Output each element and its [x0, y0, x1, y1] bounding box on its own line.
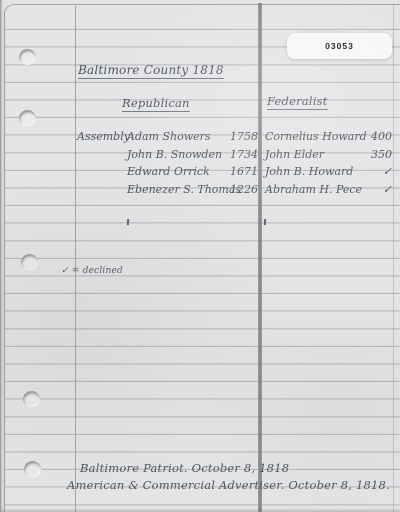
election-row: Ebenezer S. Thomas 1226 Abraham H. Pece …	[0, 183, 400, 200]
binder-hole	[19, 110, 36, 126]
federalist-votes: ✓	[358, 183, 392, 196]
federalist-votes: ✓	[358, 165, 392, 178]
republican-votes: 1758	[224, 130, 258, 143]
republican-name: John B. Snowden	[127, 148, 222, 161]
source-citation: American & Commercial Advertiser. Octobe…	[67, 478, 390, 492]
page-left-edge	[0, 0, 5, 512]
page-title: Baltimore County 1818	[78, 63, 224, 77]
election-row: John B. Snowden 1734 John Elder 350	[0, 148, 400, 165]
federalist-votes: 350	[358, 148, 392, 161]
federalist-name: John Elder	[265, 148, 324, 161]
scanned-ledger-page: 03053 Baltimore County 1818 Republican F…	[0, 0, 400, 512]
catalog-number: 03053	[325, 41, 354, 51]
republican-name: Edward Orrick	[127, 165, 210, 178]
ruled-lines	[5, 5, 400, 512]
election-row: Assembly Adam Showers 1758 Cornelius How…	[0, 130, 400, 147]
left-margin-line	[75, 6, 76, 512]
republican-column-header: Republican	[122, 96, 190, 110]
right-margin-line	[393, 4, 394, 512]
republican-votes: 1734	[224, 148, 258, 161]
catalog-sticker: 03053	[287, 33, 392, 59]
federalist-name: Cornelius Howard	[265, 130, 367, 143]
federalist-votes: 400	[358, 130, 392, 143]
election-row: Edward Orrick 1671 John B. Howard ✓	[0, 165, 400, 182]
page-bottom-edge	[0, 508, 400, 512]
binder-hole	[23, 391, 40, 407]
binder-hole	[21, 254, 38, 270]
binder-hole	[24, 461, 41, 477]
binder-hole	[19, 49, 36, 65]
republican-votes: 1671	[224, 165, 258, 178]
federalist-column-header: Federalist	[267, 94, 328, 108]
republican-name: Adam Showers	[127, 130, 211, 143]
center-fold-line	[258, 3, 262, 512]
federalist-name: Abraham H. Pece	[265, 183, 362, 196]
office-label: Assembly	[77, 130, 130, 143]
republican-votes: 1226	[224, 183, 258, 196]
source-citation: Baltimore Patriot. October 8, 1818	[80, 461, 289, 475]
federalist-name: John B. Howard	[265, 165, 353, 178]
declined-note: ✓ = declined	[61, 266, 123, 276]
